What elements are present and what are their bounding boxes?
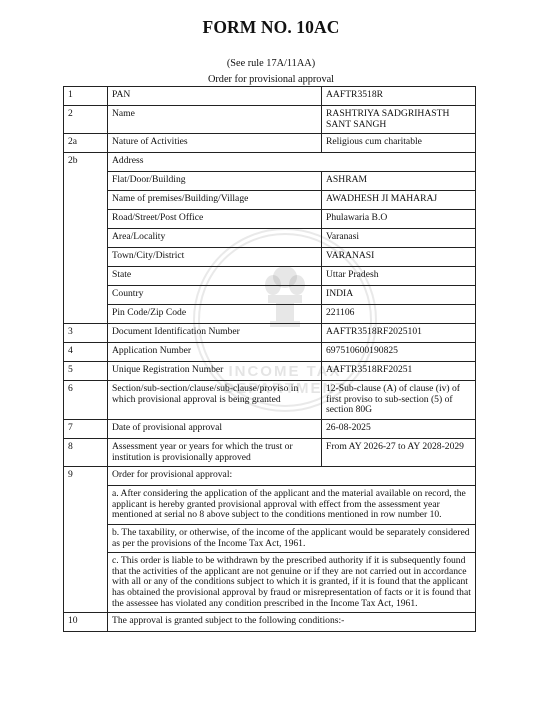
table-row-application-number: 4 Application Number 697510600190825 xyxy=(64,343,476,362)
registration-number-value: AAFTR3518RF20251 xyxy=(322,362,476,381)
serial-number: 7 xyxy=(64,419,108,438)
field-label: Name of premises/Building/Village xyxy=(108,191,322,210)
field-label: Town/City/District xyxy=(108,248,322,267)
table-row-order-para-b: b. The taxability, or otherwise, of the … xyxy=(64,524,476,552)
name-value: RASHTRIYA SADGRIHASTH SANT SANGH xyxy=(322,106,476,134)
table-row-address-road: Road/Street/Post Office Phulawaria B.O xyxy=(64,210,476,229)
order-paragraph: b. The taxability, or otherwise, of the … xyxy=(108,524,476,552)
section-value: 12-Sub-clause (A) of clause (iv) of firs… xyxy=(322,381,476,420)
table-row-document-id: 3 Document Identification Number AAFTR35… xyxy=(64,324,476,343)
field-label: PAN xyxy=(108,87,322,106)
field-label: Area/Locality xyxy=(108,229,322,248)
approval-date-value: 26-08-2025 xyxy=(322,419,476,438)
serial-number: 6 xyxy=(64,381,108,420)
field-label: Name xyxy=(108,106,322,134)
table-row-address-header: 2b Address xyxy=(64,153,476,172)
approval-form-table: 1 PAN AAFTR3518R 2 Name RASHTRIYA SADGRI… xyxy=(63,86,476,632)
table-row-address-town: Town/City/District VARANASI xyxy=(64,248,476,267)
state-value: Uttar Pradesh xyxy=(322,267,476,286)
form-subject: Order for provisional approval xyxy=(0,74,542,85)
serial-number: 2b xyxy=(64,153,108,324)
field-label: Road/Street/Post Office xyxy=(108,210,322,229)
table-row-address-country: Country INDIA xyxy=(64,286,476,305)
road-value: Phulawaria B.O xyxy=(322,210,476,229)
field-label: Order for provisional approval: xyxy=(108,467,476,486)
document-id-value: AAFTR3518RF2025101 xyxy=(322,324,476,343)
pin-value: 221106 xyxy=(322,305,476,324)
flat-value: ASHRAM xyxy=(322,172,476,191)
table-row-section: 6 Section/sub-section/clause/sub-clause/… xyxy=(64,381,476,420)
rule-reference: (See rule 17A/11AA) xyxy=(0,58,542,69)
field-label: Flat/Door/Building xyxy=(108,172,322,191)
field-label: Country xyxy=(108,286,322,305)
table-row-order-para-a: a. After considering the application of … xyxy=(64,486,476,525)
serial-number: 2 xyxy=(64,106,108,134)
serial-number: 5 xyxy=(64,362,108,381)
serial-number: 3 xyxy=(64,324,108,343)
serial-number: 8 xyxy=(64,438,108,466)
field-label: The approval is granted subject to the f… xyxy=(108,613,476,632)
serial-number: 4 xyxy=(64,343,108,362)
table-row-nature-of-activities: 2a Nature of Activities Religious cum ch… xyxy=(64,134,476,153)
serial-number: 10 xyxy=(64,613,108,632)
field-label: Section/sub-section/clause/sub-clause/pr… xyxy=(108,381,322,420)
order-paragraph: c. This order is liable to be withdrawn … xyxy=(108,553,476,613)
premises-value: AWADHESH JI MAHARAJ xyxy=(322,191,476,210)
field-label: Application Number xyxy=(108,343,322,362)
application-number-value: 697510600190825 xyxy=(322,343,476,362)
nature-of-activities-value: Religious cum charitable xyxy=(322,134,476,153)
table-row-address-area: Area/Locality Varanasi xyxy=(64,229,476,248)
field-label: Pin Code/Zip Code xyxy=(108,305,322,324)
table-row-order-para-c: c. This order is liable to be withdrawn … xyxy=(64,553,476,613)
table-row-name: 2 Name RASHTRIYA SADGRIHASTH SANT SANGH xyxy=(64,106,476,134)
town-value: VARANASI xyxy=(322,248,476,267)
order-paragraph: a. After considering the application of … xyxy=(108,486,476,525)
table-row-address-pin: Pin Code/Zip Code 221106 xyxy=(64,305,476,324)
table-row-address-flat: Flat/Door/Building ASHRAM xyxy=(64,172,476,191)
serial-number: 2a xyxy=(64,134,108,153)
form-title: FORM NO. 10AC xyxy=(0,17,542,38)
serial-number: 1 xyxy=(64,87,108,106)
area-value: Varanasi xyxy=(322,229,476,248)
table-row-address-state: State Uttar Pradesh xyxy=(64,267,476,286)
table-row-approval-date: 7 Date of provisional approval 26-08-202… xyxy=(64,419,476,438)
table-row-assessment-years: 8 Assessment year or years for which the… xyxy=(64,438,476,466)
table-row-conditions: 10 The approval is granted subject to th… xyxy=(64,613,476,632)
table-row-registration-number: 5 Unique Registration Number AAFTR3518RF… xyxy=(64,362,476,381)
field-label: Address xyxy=(108,153,476,172)
table-row-order-header: 9 Order for provisional approval: xyxy=(64,467,476,486)
table-row-address-premises: Name of premises/Building/Village AWADHE… xyxy=(64,191,476,210)
table-row-pan: 1 PAN AAFTR3518R xyxy=(64,87,476,106)
field-label: Assessment year or years for which the t… xyxy=(108,438,322,466)
field-label: Unique Registration Number xyxy=(108,362,322,381)
pan-value: AAFTR3518R xyxy=(322,87,476,106)
field-label: State xyxy=(108,267,322,286)
field-label: Nature of Activities xyxy=(108,134,322,153)
serial-number: 9 xyxy=(64,467,108,613)
assessment-years-value: From AY 2026-27 to AY 2028-2029 xyxy=(322,438,476,466)
field-label: Document Identification Number xyxy=(108,324,322,343)
field-label: Date of provisional approval xyxy=(108,419,322,438)
country-value: INDIA xyxy=(322,286,476,305)
